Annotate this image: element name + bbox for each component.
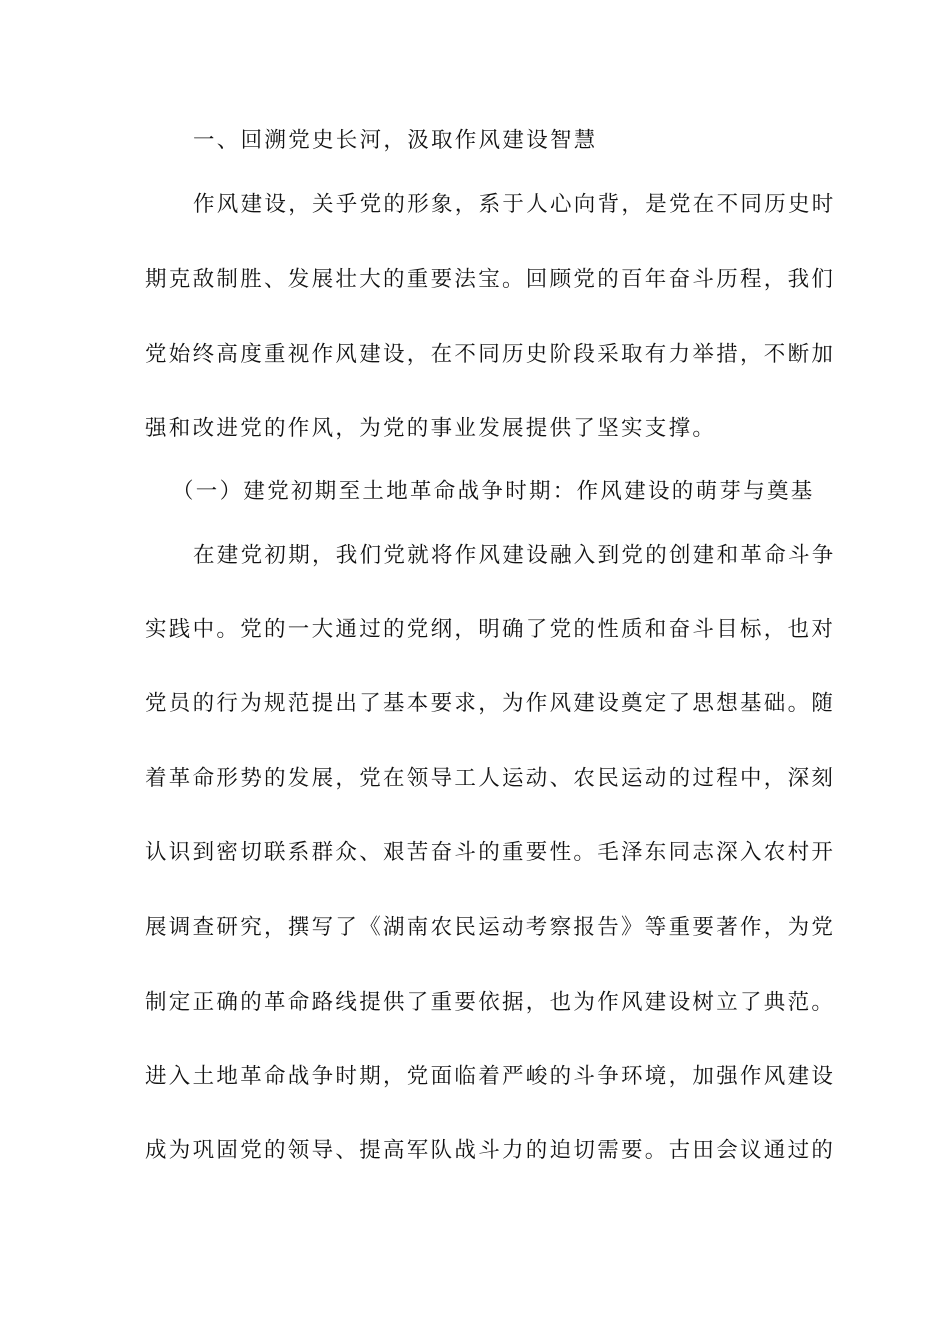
paragraph-line: 成为巩固党的领导、提高军队战斗力的迫切需要。古田会议通过的 <box>145 1136 805 1166</box>
paragraph-line: 进入土地革命战争时期，党面临着严峻的斗争环境，加强作风建设 <box>145 1062 805 1092</box>
paragraph-line: 党员的行为规范提出了基本要求，为作风建设奠定了思想基础。随 <box>145 689 805 719</box>
paragraph-line: 展调查研究，撰写了《湖南农民运动考察报告》等重要著作，为党 <box>145 913 805 943</box>
paragraph-line: 着革命形势的发展，党在领导工人运动、农民运动的过程中，深刻 <box>145 764 805 794</box>
paragraph-line: 党始终高度重视作风建设，在不同历史阶段采取有力举措，不断加 <box>145 340 805 370</box>
section-heading: 一、回溯党史长河，汲取作风建设智慧 <box>193 126 593 156</box>
subsection-heading: （一）建党初期至土地革命战争时期：作风建设的萌芽与奠基 <box>172 477 805 507</box>
paragraph-line: 期克敌制胜、发展壮大的重要法宝。回顾党的百年奋斗历程，我们 <box>145 265 805 295</box>
paragraph-line: 实践中。党的一大通过的党纲，明确了党的性质和奋斗目标，也对 <box>145 615 805 645</box>
paragraph-line: 制定正确的革命路线提供了重要依据，也为作风建设树立了典范。 <box>145 988 805 1018</box>
paragraph-line: 认识到密切联系群众、艰苦奋斗的重要性。毛泽东同志深入农村开 <box>145 838 805 868</box>
paragraph-line: 强和改进党的作风，为党的事业发展提供了坚实支撑。 <box>145 414 805 444</box>
paragraph-line: 在建党初期，我们党就将作风建设融入到党的创建和革命斗争 <box>193 541 805 571</box>
paragraph-line: 作风建设，关乎党的形象，系于人心向背，是党在不同历史时 <box>193 190 805 220</box>
document-page: 一、回溯党史长河，汲取作风建设智慧 作风建设，关乎党的形象，系于人心向背，是党在… <box>0 0 950 1344</box>
